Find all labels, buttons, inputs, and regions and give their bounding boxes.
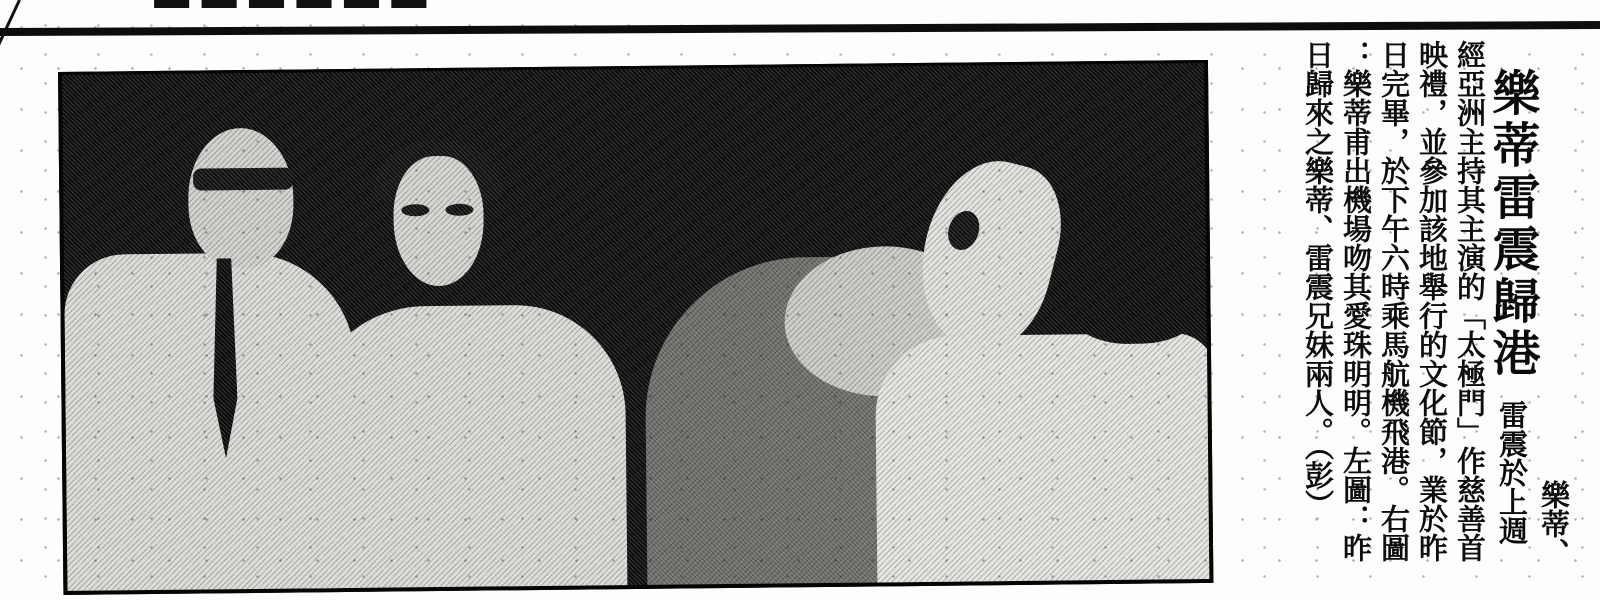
cut-off-masthead-headline: ■■■■■■ [150, 0, 435, 8]
news-photo [58, 60, 1213, 595]
caption-column-2: 雷震於上週 [1494, 400, 1530, 545]
caption-column-5: 日完畢，於下午六時乘馬航機飛港。右圖 [1376, 40, 1412, 585]
column-rule [0, 21, 1600, 36]
caption-headline-column: 樂蒂雷震歸港 雷震於上週 [1490, 40, 1534, 585]
photo-caption: 樂蒂、 樂蒂雷震歸港 雷震於上週 經亞洲主持其主演的「太極門」作慈善首 映禮，並… [1300, 40, 1572, 585]
paper-crease [0, 0, 21, 109]
caption-headline: 樂蒂雷震歸港 [1488, 68, 1536, 380]
caption-column-1: 樂蒂、 [1536, 40, 1572, 585]
caption-column-7: 日歸來之樂蒂、雷震兄妹兩人。（彭） [1300, 40, 1336, 585]
halftone-grain [62, 63, 1209, 591]
caption-column-3: 經亞洲主持其主演的「太極門」作慈善首 [1452, 40, 1488, 585]
caption-column-4: 映禮，並參加該地舉行的文化節，業於昨 [1414, 40, 1450, 585]
caption-column-6: ：樂蒂甫出機場吻其愛珠明明。左圖：昨 [1338, 40, 1374, 585]
